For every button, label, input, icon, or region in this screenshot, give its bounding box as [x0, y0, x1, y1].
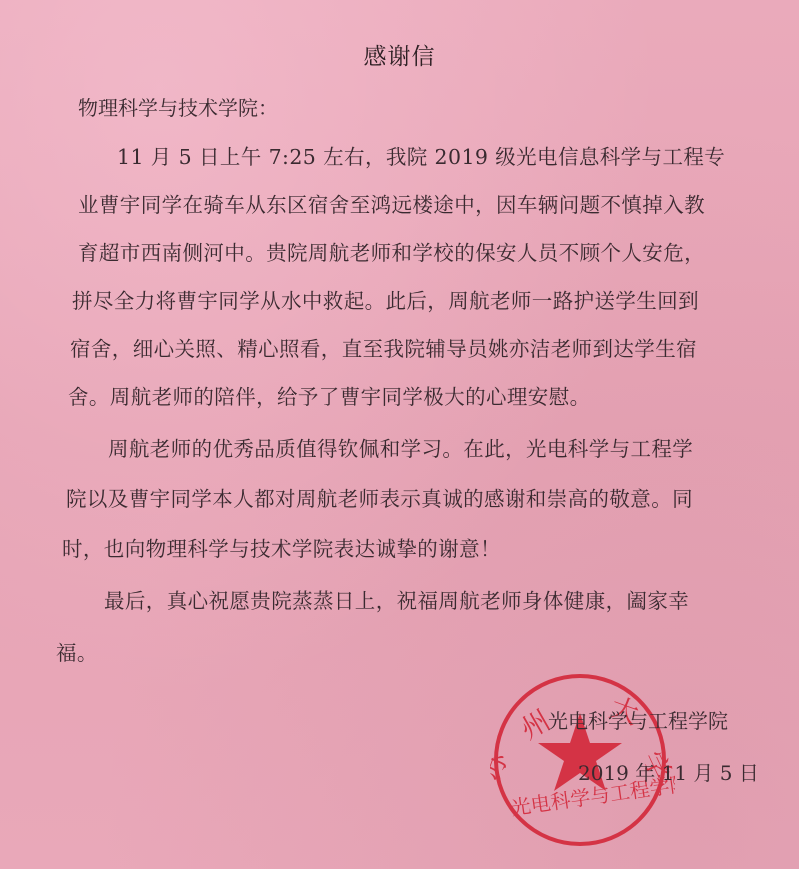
letter-salutation: 物理科学与技术学院：	[78, 92, 278, 121]
body-line: 11 月 5 日上午 7:25 左右，我院 2019 级光电信息科学与工程专	[117, 140, 725, 170]
body-line: 时，也向物理科学与技术学院表达诚挚的谢意！	[62, 532, 501, 562]
body-line: 院以及曹宇同学本人都对周航老师表示真诚的感谢和崇高的敬意。同	[66, 482, 693, 512]
signature-org: 光电科学与工程学院	[548, 705, 728, 734]
body-line: 宿舍，细心关照、精心照看，直至我院辅导员姚亦洁老师到达学生宿	[70, 332, 697, 362]
signature-date: 2019 年 11 月 5 日	[578, 757, 759, 786]
body-line: 周航老师的优秀品质值得钦佩和学习。在此，光电科学与工程学	[108, 432, 693, 462]
body-line: 福。	[56, 636, 98, 666]
body-line: 育超市西南侧河中。贵院周航老师和学校的保安人员不顾个人安危，	[78, 236, 705, 266]
body-line: 舍。周航老师的陪伴，给予了曹宇同学极大的心理安慰。	[68, 380, 591, 410]
body-line: 业曹宇同学在骑车从东区宿舍至鸿远楼途中，因车辆问题不慎掉入教	[78, 188, 705, 218]
svg-text:苏: 苏	[490, 747, 514, 786]
body-line: 最后，真心祝愿贵院蒸蒸日上，祝福周航老师身体健康，阖家幸	[104, 584, 689, 614]
letter-title: 感谢信	[0, 38, 799, 71]
letter-page: 感谢信 物理科学与技术学院： 11 月 5 日上午 7:25 左右，我院 201…	[0, 0, 799, 869]
body-line: 拼尽全力将曹宇同学从水中救起。此后，周航老师一路护送学生回到	[72, 284, 699, 314]
